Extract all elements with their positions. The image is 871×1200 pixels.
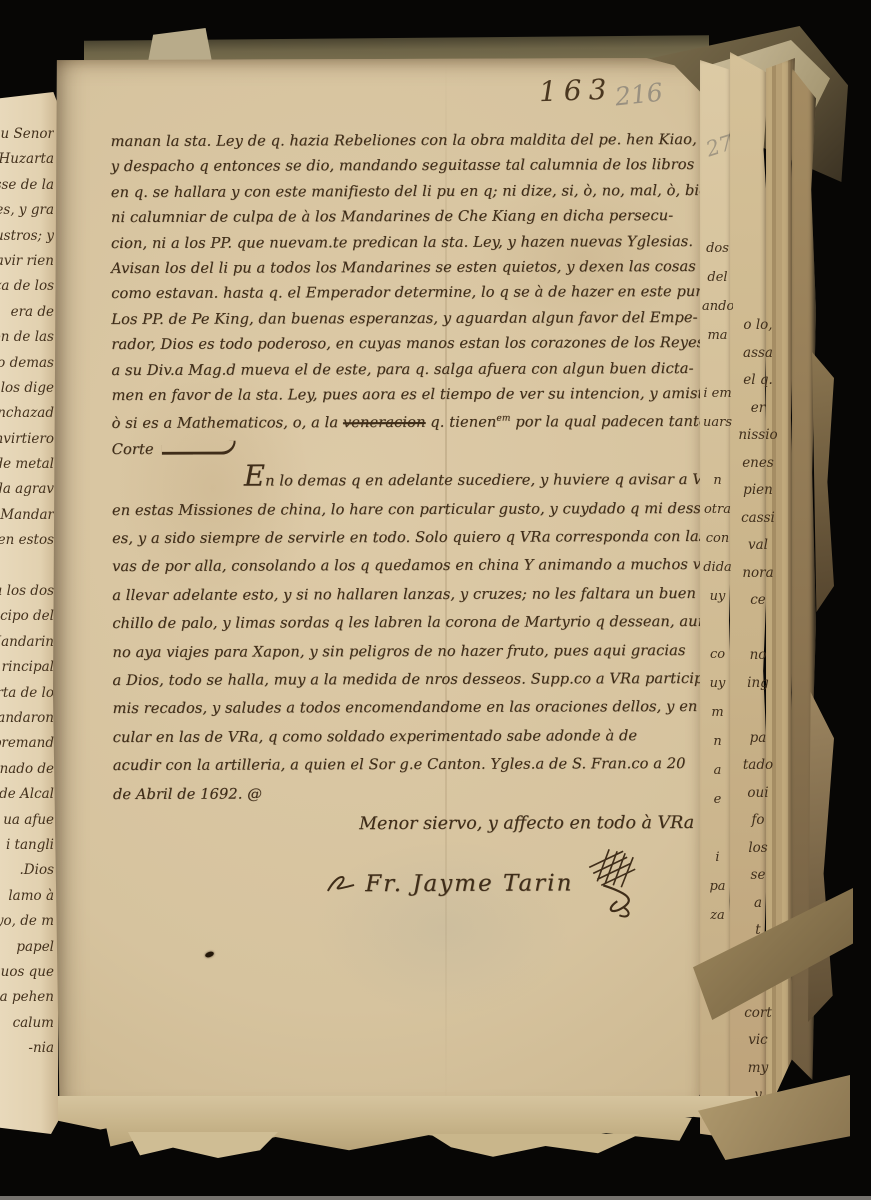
edge-text-fragment (738, 697, 778, 725)
left-page-text-fragment: on de las (0, 325, 54, 350)
signature-row: Fr. Jayme Tarin (113, 847, 705, 921)
edge-text-fragment (738, 615, 778, 643)
edge-text-fragment (702, 814, 733, 843)
folio-number-ink: 163 (538, 73, 614, 109)
cover-glimpse (808, 692, 834, 1022)
edge-text-fragment: assa (738, 340, 778, 368)
edge-text-fragment: enes (738, 450, 778, 478)
left-page-text-fragment: de Huzarta (0, 147, 54, 172)
edge-text-fragment: ce (738, 587, 778, 615)
manuscript-page: 163 216 manan la sta. Ley de q. hazia Re… (53, 58, 705, 1118)
scan-bottom-edge (0, 1196, 871, 1200)
edge-text-fragment: pa (738, 725, 778, 753)
left-page-text-fragment: a pehen (0, 985, 54, 1010)
left-page-text-fragment: ticipo del (0, 604, 54, 629)
edge-text-fragment: pien (738, 477, 778, 505)
left-page-text-fragment (0, 554, 54, 579)
left-page-text-fragment: i tangli (0, 833, 54, 858)
edge-text-fragment: za (702, 901, 733, 930)
text-line: cular en las de VRa, q como soldado expe… (113, 722, 705, 752)
left-page-text-fragment: era de (0, 300, 54, 325)
left-page-text-fragment: icavir rien (0, 249, 54, 274)
text-line: chillo de palo, y limas sordas q les lab… (112, 608, 705, 638)
torn-page-bottom-edge (128, 1132, 278, 1158)
left-page-text-fragment: rincipal (0, 655, 54, 680)
edge-text-fragment: otra (702, 495, 733, 524)
paragraph-2: En lo demas q en adelante sucediere, y h… (112, 460, 705, 809)
edge-text-fragment: i (702, 843, 733, 872)
text-line: Avisan los del li pu a todos los Mandari… (111, 254, 704, 281)
text-line: es, y a sido siempre de servirle en todo… (112, 523, 705, 553)
left-page-text-fragment: iones, y gra (0, 198, 54, 223)
edge-text-fragment: el q. (738, 367, 778, 395)
edge-text-fragment: e (702, 785, 733, 814)
left-page-text-fragment: papel (0, 935, 54, 960)
torn-page-bottom-edge (430, 1134, 640, 1158)
edge-text-fragment: los (738, 835, 778, 863)
edge-text-fragment: se (738, 862, 778, 890)
text-line: acudir con la artilleria, a quien el Sor… (113, 750, 705, 780)
edge-text-fragment: a (702, 756, 733, 785)
text-line: a llevar adelante esto, y si no hallaren… (112, 580, 705, 610)
edge-text-fragment (702, 437, 733, 466)
left-page-text-fragment: nado de (0, 757, 54, 782)
folio-number-pencil: 216 (614, 78, 664, 112)
text-line: no aya viajes para Xapon, y sin peligros… (112, 637, 705, 667)
text-line: mis recados, y saludes a todos encomenda… (113, 693, 705, 723)
edge-text-fragment: nissio (738, 422, 778, 450)
text-line: a su Div.a Mag.d mueva el de este, para … (111, 356, 704, 383)
text-line: vas de por alla, consolando a los q qued… (112, 551, 705, 581)
edge-text-fragment: fo (738, 807, 778, 835)
text-line: ò si es a Mathematicos, o, a la veneraci… (112, 406, 705, 436)
text-line: Corte (112, 435, 705, 462)
edge-text-fragment: uy (702, 669, 733, 698)
edge-text-fragment (702, 611, 733, 640)
left-page-text-fragment: de Alcal (0, 782, 54, 807)
manuscript-text: manan la sta. Ley de q. hazia Rebeliones… (111, 127, 705, 921)
left-page-text-fragment: e inchazad (0, 401, 54, 426)
text-line: en estas Missiones de china, lo hare con… (112, 495, 705, 525)
edge-text-fragment: tado (738, 752, 778, 780)
edge-text-fragment: dos (702, 234, 733, 263)
text-line: a Dios, todo se halla, muy a la medida d… (112, 665, 705, 695)
edge-text-fragment: n (702, 466, 733, 495)
left-page-text-fragment: da agrav (0, 477, 54, 502)
edge-text-fragment: dida (702, 553, 733, 582)
edge-text-fragment: ing (738, 670, 778, 698)
left-page-text-fragment: premand (0, 731, 54, 756)
left-page-text-fragment: guos que (0, 960, 54, 985)
edge-text-fragment: pa (702, 872, 733, 901)
text-line: cion, ni a los PP. que nuevam.te predica… (111, 229, 704, 256)
edge-text-fragment: ando (702, 292, 733, 321)
previous-page-text-fragments: Su Senorde Huzartatasse de laiones, y gr… (0, 122, 54, 1061)
page-tab-top (148, 28, 212, 62)
line-segment: por la qual padecen tanto en la (511, 413, 705, 431)
edge-text-fragment: co (702, 640, 733, 669)
edge-text-fragment: cort (738, 1000, 778, 1028)
edge-text-fragment: oui (738, 780, 778, 808)
left-page-text-fragment: los dige (0, 376, 54, 401)
ink-smudge (204, 951, 214, 959)
left-page-text-fragment: a Mandar (0, 503, 54, 528)
edge-text-fragment: ma (702, 321, 733, 350)
left-page-text-fragment: lamo à (0, 884, 54, 909)
manuscript-photo: Su Senorde Huzartatasse de laiones, y gr… (0, 0, 871, 1200)
edge-text-fragment: uy (702, 582, 733, 611)
edge-text-fragment: cassi (738, 505, 778, 533)
edge-text-fragment: n (702, 727, 733, 756)
text-line: en q. se hallara y con este manifiesto d… (111, 178, 704, 205)
left-page-text-fragment: za de los (0, 274, 54, 299)
text-line: como estavan. hasta q. el Emperador dete… (111, 279, 704, 306)
edge-text-fragment (702, 350, 733, 379)
left-page-text-fragment: mandaron (0, 706, 54, 731)
text-line: manan la sta. Ley de q. hazia Rebeliones… (111, 127, 704, 154)
paragraph-1: manan la sta. Ley de q. hazia Rebeliones… (111, 127, 705, 462)
edge-text-fragment: con (702, 524, 733, 553)
left-page-text-fragment: calum (0, 1011, 54, 1036)
text-line: Los PP. de Pe King, dan buenas esperanza… (111, 305, 704, 332)
left-page-text-fragment: ua afue (0, 808, 54, 833)
line-segment: q. tienen (426, 414, 497, 431)
edge-text-fragment: nora (738, 560, 778, 588)
edge-text-fragment: del (702, 263, 733, 292)
cover-glimpse (812, 352, 834, 612)
closing-formula: Menor siervo, y affecto en todo à VRa (113, 813, 705, 835)
text-line: rador, Dios es todo poderoso, en cuyas m… (111, 330, 704, 357)
edge-text-fragments-inner: dosdelandomai emuarsnotracondidauycouymn… (702, 234, 733, 988)
edge-text-fragment: i em (702, 379, 733, 408)
edge-text-fragment: vic (738, 1027, 778, 1055)
edge-text-fragment: no (738, 642, 778, 670)
text-line: y despacho q entonces se dio, mandando s… (111, 152, 704, 179)
crossed-out-word: veneracion (343, 414, 426, 431)
text-line: ni calumniar de culpa de à los Mandarine… (111, 203, 704, 230)
left-page-text-fragment: ustros; y (0, 224, 54, 249)
left-page-text-fragment: a los dos (0, 579, 54, 604)
edge-text-fragment: er (738, 395, 778, 423)
signature-name: Fr. Jayme Tarin (365, 870, 573, 897)
left-page-text-fragment: nia- (0, 1036, 54, 1061)
edge-text-fragment: a (738, 890, 778, 918)
text-line: En lo demas q en adelante sucediere, y h… (112, 460, 705, 496)
interlinear-insertion: em (496, 414, 510, 424)
edge-text-fragment: m (702, 698, 733, 727)
text-line: men en favor de la sta. Ley, pues aora e… (112, 381, 705, 408)
left-page-text-fragment: Su Senor (0, 122, 54, 147)
left-page-text-fragment: lo demas (0, 351, 54, 376)
edge-text-fragment: uars (702, 408, 733, 437)
left-page-text-fragment: uyo, de m (0, 909, 54, 934)
left-page-text-fragment: tasse de la (0, 173, 54, 198)
left-page-text-fragment: Mandarin (0, 630, 54, 655)
edge-text-fragment: o lo, (738, 312, 778, 340)
text-line: de Abril de 1692. @ (113, 779, 705, 809)
left-page-text-fragment: onvirtiero (0, 427, 54, 452)
edge-text-fragment: val (738, 532, 778, 560)
signature-squiggle (325, 870, 355, 898)
left-page-text-fragment: de metal (0, 452, 54, 477)
edge-text-fragment: my (738, 1055, 778, 1083)
left-page-text-fragment: Dios. (0, 858, 54, 883)
line-segment: ò si es a Mathematicos, o, a la (112, 415, 343, 433)
left-page-text-fragment: en estos (0, 528, 54, 553)
signature-rubric (583, 847, 649, 919)
previous-page-edge: Su Senorde Huzartatasse de laiones, y gr… (0, 92, 58, 1134)
left-page-text-fragment: certa de lo (0, 681, 54, 706)
